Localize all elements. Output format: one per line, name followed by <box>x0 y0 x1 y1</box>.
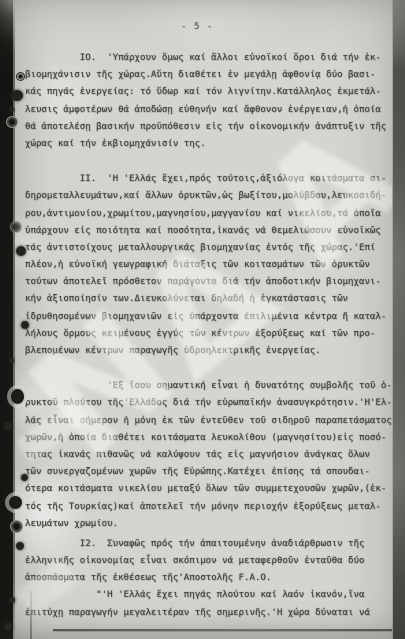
text-line: λευσις ἀμφοτέρων θά ἀποδώσῃ εὐθηνήν καί … <box>25 102 392 119</box>
binder-hole <box>5 623 12 630</box>
text-line: τητας ἱκανάς πιθανῶς νά καλύψουν τάς εἰς… <box>25 447 392 464</box>
text-line: πλέον,ἡ εὐνοϊκή γεωγραφική διάταξις τῶν … <box>25 257 392 274</box>
text-line: ἀποσπάσματα τῆς ἐκθέσεως τῆς'Αποστολῆς F… <box>25 570 392 587</box>
text-line: 'Εξ ἴσου σημαντική εἶναι ἡ δυνατότης συμ… <box>25 378 392 395</box>
text-line: ἱδρυθησομένων βιομηχανιῶν εἰς ὑπάρχοντα … <box>25 309 392 326</box>
text-line: λάς εἶναι σήμερον ἡ μόνη ἐκ τῶν ἐντεῦθεν… <box>25 413 392 430</box>
binder-hole <box>6 116 18 128</box>
binder-hole <box>9 358 14 363</box>
text-line: I2. Συναφῶς πρός τήν ἀπαιτουμένην ἀναδιά… <box>25 536 392 553</box>
text-line: ὑπάρχουν εἰς ποιότητα καί ποσότητα,ἱκανά… <box>25 223 392 240</box>
binder-hole <box>10 221 22 233</box>
binder-hole <box>9 597 15 603</box>
text-line: IO. 'Υπάρχουν ὅμως καί ἄλλοι εὐνοϊκοί ὅρ… <box>25 50 392 67</box>
paragraph: II. 'Η 'Ελλάς ἔχει,πρός τούτοις,ἀξιόλογα… <box>25 171 392 360</box>
scan-right-edge <box>392 0 405 639</box>
binder-hole <box>21 321 29 329</box>
text-line: κήν ἀξιοποίησίν των.Διευκολύνεται δηλαδή… <box>25 291 392 308</box>
binder-hole <box>11 90 23 101</box>
binder-hole <box>16 542 24 550</box>
binder-hole <box>16 72 25 81</box>
binder-hole <box>9 107 14 112</box>
page-number: - 5 - <box>181 22 213 32</box>
text-line: χωρῶν,ἡ ὁποία διαθέτει κοιτάσματα λευκολ… <box>25 430 392 447</box>
text-line: λήλους ὅρμους κειμένους ἐγγύς τῶν κέντρω… <box>25 326 392 343</box>
text-line: τῶν συνεργαζομένων χωρῶν τῆς Εὐρώπης.Κατ… <box>25 464 392 481</box>
text-line: ἑλληνικῆς οἰκονομίας εἶναι σκόπιμον νά μ… <box>25 553 392 570</box>
text-line: βιομηχάνισιν τῆς χώρας.Αὕτη διαθέτει ἐν … <box>25 67 392 84</box>
binder-hole <box>9 496 22 509</box>
paragraph: 'Εξ ἴσου σημαντική εἶναι ἡ δυνατότης συμ… <box>25 378 392 533</box>
paragraph: I2. Συναφῶς πρός τήν ἀπαιτουμένην ἀναδιά… <box>25 536 392 622</box>
text-line: ρου,ἀντιμονίου,χρωμίτου,μαγνησίου,μαγγαν… <box>25 206 392 223</box>
text-line: II. 'Η 'Ελλάς ἔχει,πρός τούτοις,ἀξιόλογα… <box>25 171 392 188</box>
text-line: ότερα κοιτάσματα νικελίου μεταξύ ὅλων τῶ… <box>25 481 392 498</box>
text-line: "'Η 'Ελλάς ἔχει πηγάς πλούτου καί λαόν ἱ… <box>25 587 392 604</box>
paragraph: IO. 'Υπάρχουν ὅμως καί ἄλλοι εὐνοϊκοί ὅρ… <box>25 50 392 153</box>
text-line: δηρομεταλλευμάτων,καί ἄλλων ὀρυκτῶν,ὡς β… <box>25 188 392 205</box>
text-line: χώρας καί τήν ἐκβιομηχάνισίν της. <box>25 136 392 153</box>
binder-hole <box>10 520 23 533</box>
text-line: θά ἀποτελέσῃ βασικήν προϋπόθεσιν εἰς τήν… <box>25 119 392 136</box>
binder-hole <box>4 422 12 430</box>
text-line: τούτων ἀποτελεῖ πρόσθετον παράγοντα διά … <box>25 274 392 291</box>
underlying-page-edge <box>30 591 32 639</box>
binder-hole <box>21 474 28 481</box>
text-line: τάς ἀντιστοίχους μεταλλουργικάς βιομηχαν… <box>25 240 392 257</box>
typewritten-text: IO. 'Υπάρχουν ὅμως καί ἄλλοι εὐνοϊκοί ὅρ… <box>25 50 392 622</box>
binder-hole <box>16 246 26 256</box>
text-line: λευμάτων χρωμίου. <box>25 516 392 533</box>
text-line: κάς πηγάς ἐνεργείας: τό ὕδωρ καί τόν λιγ… <box>25 84 392 101</box>
text-line: τός τῆς Τουρκίας)καί ἀποτελεῖ τήν μόνην … <box>25 499 392 516</box>
text-line: βλεπομένων κέντρων παραγωγῆς ὑδροηλεκτρι… <box>25 343 392 360</box>
text-line: ρυκτοῦ πλούτου τῆς'Ελλάδος διά τήν εὐρωπ… <box>25 395 392 412</box>
scanned-document-page: Ν Δ Α - 5 - IO. 'Υπάρχουν ὅμως καί ἄλλοι… <box>0 0 405 639</box>
binder-hole <box>11 389 24 404</box>
text-line: ἐπιτύχῃ παραγωγήν μεγαλειτέραν τῆς σημερ… <box>25 605 392 622</box>
next-page-edge-line <box>53 629 392 631</box>
